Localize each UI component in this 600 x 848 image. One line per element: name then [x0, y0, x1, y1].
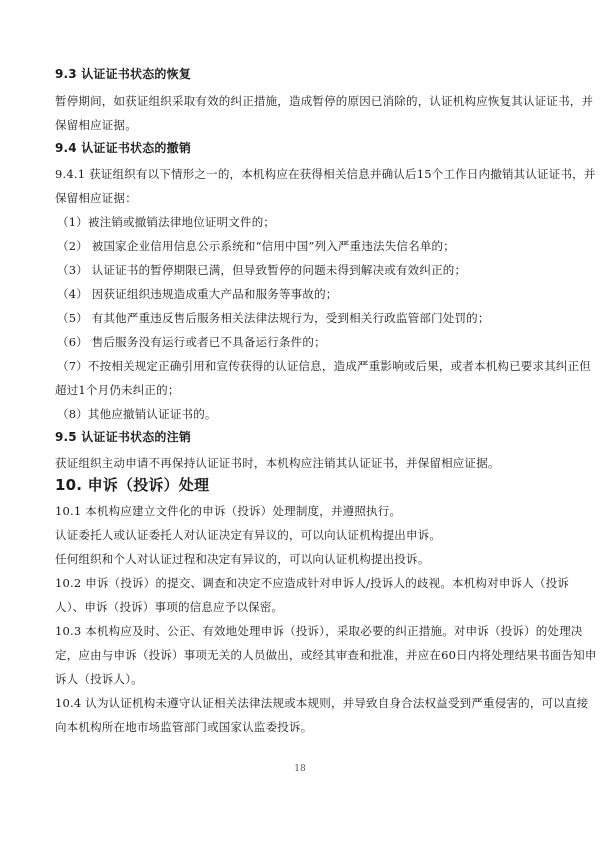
list-item-5: （5） 有其他严重违反售后服务相关法律法规行为，受到相关行政监管部门处罚的；	[57, 310, 490, 326]
paragraph-line: 暂停期间，如获证组织采取有效的纠正措施，造成暂停的原因已消除的，认证机构应恢复其…	[55, 93, 593, 109]
list-item-4: （4） 因获证组织违规造成重大产品和服务等事故的；	[57, 286, 337, 302]
paragraph-line: 10.2 申诉（投诉）的提交、调查和决定不应造成针对申诉人/投诉人的歧视。本机构…	[55, 575, 569, 591]
paragraph-line: 定，应由与申诉（投诉）事项无关的人员做出，或经其审查和批准，并应在60日内将处理…	[55, 647, 597, 663]
page-number: 18	[0, 764, 600, 774]
paragraph-line: 10.1 本机构应建立文件化的申诉（投诉）处理制度，并遵照执行。	[55, 503, 401, 519]
list-item-7: （7）不按相关规定正确引用和宣传获得的认证信息，造成严重影响或后果，或者本机构已…	[57, 358, 591, 374]
section-heading-9-4: 9.4 认证证书状态的撤销	[55, 140, 191, 156]
document-page: 9.3 认证证书状态的恢复 暂停期间，如获证组织采取有效的纠正措施，造成暂停的原…	[0, 0, 600, 848]
paragraph-line: 9.4.1 获证组织有以下情形之一的，本机构应在获得相关信息并确认后15个工作日…	[55, 166, 596, 182]
section-heading-9-3: 9.3 认证证书状态的恢复	[55, 66, 191, 82]
paragraph-line: 向本机构所在地市场监管部门或国家认监委投诉。	[55, 719, 312, 735]
list-item-1: （1）被注销或撤销法律地位证明文件的；	[57, 214, 275, 230]
list-item-8: （8）其他应撤销认证证书的。	[57, 406, 217, 422]
list-item-7-cont: 超过1个月仍未纠正的；	[55, 382, 180, 398]
paragraph-line: 保留相应证据：	[55, 190, 137, 206]
list-item-6: （6） 售后服务没有运行或者已不具备运行条件的；	[57, 334, 326, 350]
paragraph-line: 获证组织主动申请不再保持认证证书时，本机构应注销其认证证书，并保留相应证据。	[55, 455, 500, 471]
section-heading-10: 10. 申诉（投诉）处理	[55, 475, 209, 495]
paragraph-line: 认证委托人或认证委托人对认证决定有异议的，可以向认证机构提出申诉。	[55, 527, 441, 543]
paragraph-line: 10.4 认为认证机构未遵守认证相关法律法规或本规则，并导致自身合法权益受到严重…	[55, 695, 588, 711]
list-item-3: （3） 认证证书的暂停期限已满，但导致暂停的问题未得到解决或有效纠正的；	[57, 262, 466, 278]
paragraph-line: 任何组织和个人对认证过程和决定有异议的，可以向认证机构提出投诉。	[55, 551, 429, 567]
paragraph-line: 保留相应证据。	[55, 117, 137, 133]
section-heading-9-5: 9.5 认证证书状态的注销	[55, 429, 191, 445]
list-item-2: （2） 被国家企业信用信息公示系统和“信用中国”列入严重违法失信名单的；	[57, 238, 455, 254]
paragraph-line: 诉人（投诉人）。	[55, 671, 143, 687]
paragraph-line: 10.3 本机构应及时、公正、有效地处理申诉（投诉），采取必要的纠正措施。对申诉…	[55, 623, 583, 639]
paragraph-line: 人）、申诉（投诉）事项的信息应予以保密。	[55, 599, 283, 615]
